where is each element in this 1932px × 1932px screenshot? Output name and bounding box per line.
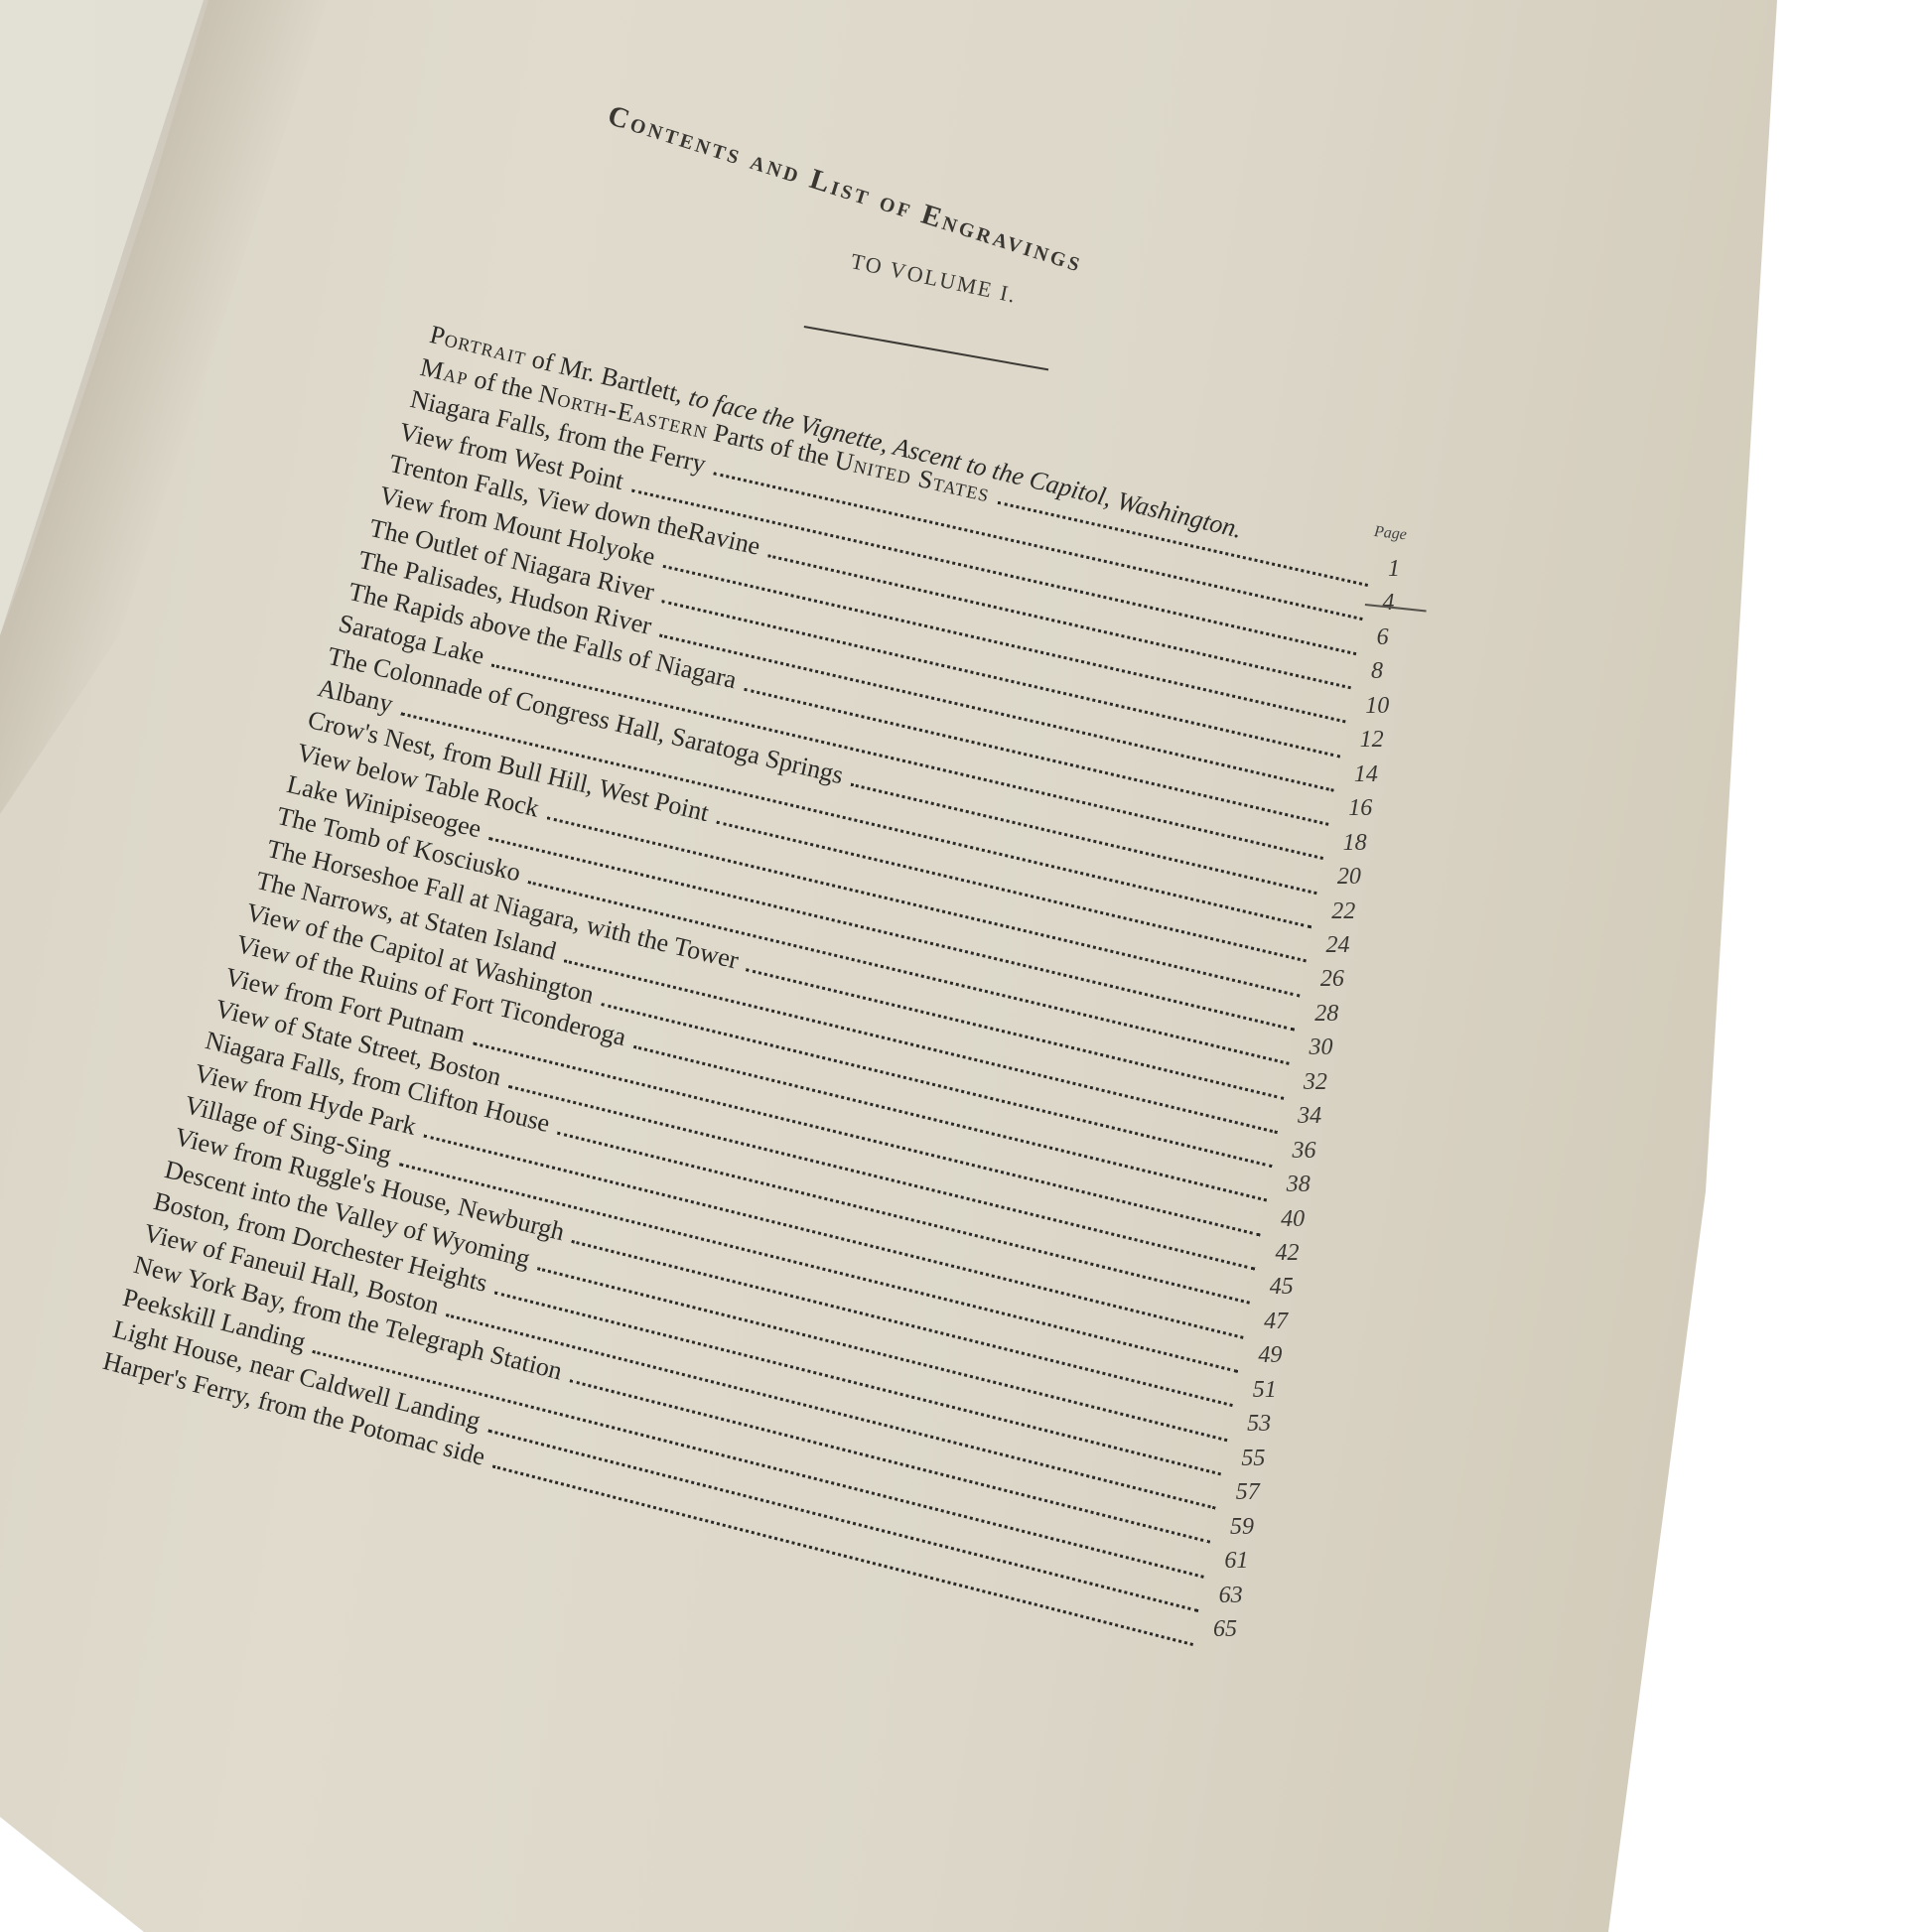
entry-page-number: 55 (1241, 1446, 1265, 1472)
entry-page-number: 28 (1314, 1001, 1338, 1028)
entry-page-number: 57 (1236, 1479, 1260, 1506)
entry-page-number: 34 (1298, 1103, 1321, 1130)
entry-page-number: 36 (1292, 1138, 1315, 1165)
entry-page-number: 40 (1281, 1206, 1305, 1233)
entry-page-number: 8 (1371, 658, 1383, 685)
entry-page-number: 53 (1247, 1411, 1271, 1438)
entry-page-number: 1 (1388, 556, 1400, 583)
entry-page-number: 65 (1213, 1616, 1237, 1643)
entry-page-number: 30 (1310, 1035, 1333, 1061)
entry-page-number: 20 (1337, 864, 1361, 891)
entry-page-number: 22 (1331, 898, 1355, 925)
entry-page-number: 18 (1343, 830, 1367, 857)
entry-page-number: 61 (1224, 1548, 1248, 1575)
entry-page-number: 6 (1377, 624, 1389, 651)
book-photo: Contents and List of Engravings TO VOLUM… (0, 0, 1932, 1932)
contents-page: Contents and List of Engravings TO VOLUM… (0, 0, 1932, 1932)
entry-page-number: 63 (1219, 1583, 1243, 1609)
entry-page-number: 12 (1360, 727, 1384, 754)
entry-page-number: 32 (1304, 1069, 1327, 1096)
entry-page-number: 38 (1287, 1172, 1311, 1198)
engravings-list: Map of the North-Eastern Parts of the Un… (0, 0, 1932, 1932)
entry-page-number: 59 (1230, 1514, 1254, 1541)
entry-page-number: 49 (1258, 1342, 1282, 1369)
entry-page-number: 45 (1270, 1274, 1294, 1301)
entry-page-number: 26 (1320, 966, 1344, 993)
entry-page-number: 4 (1382, 590, 1394, 617)
entry-page-number: 14 (1354, 761, 1378, 788)
entry-page-number: 10 (1365, 693, 1389, 720)
entry-page-number: 47 (1264, 1309, 1288, 1335)
entry-page-number: 24 (1326, 932, 1350, 959)
entry-page-number: 51 (1253, 1377, 1277, 1404)
entry-page-number: 42 (1275, 1240, 1299, 1267)
entry-page-number: 16 (1348, 795, 1372, 822)
